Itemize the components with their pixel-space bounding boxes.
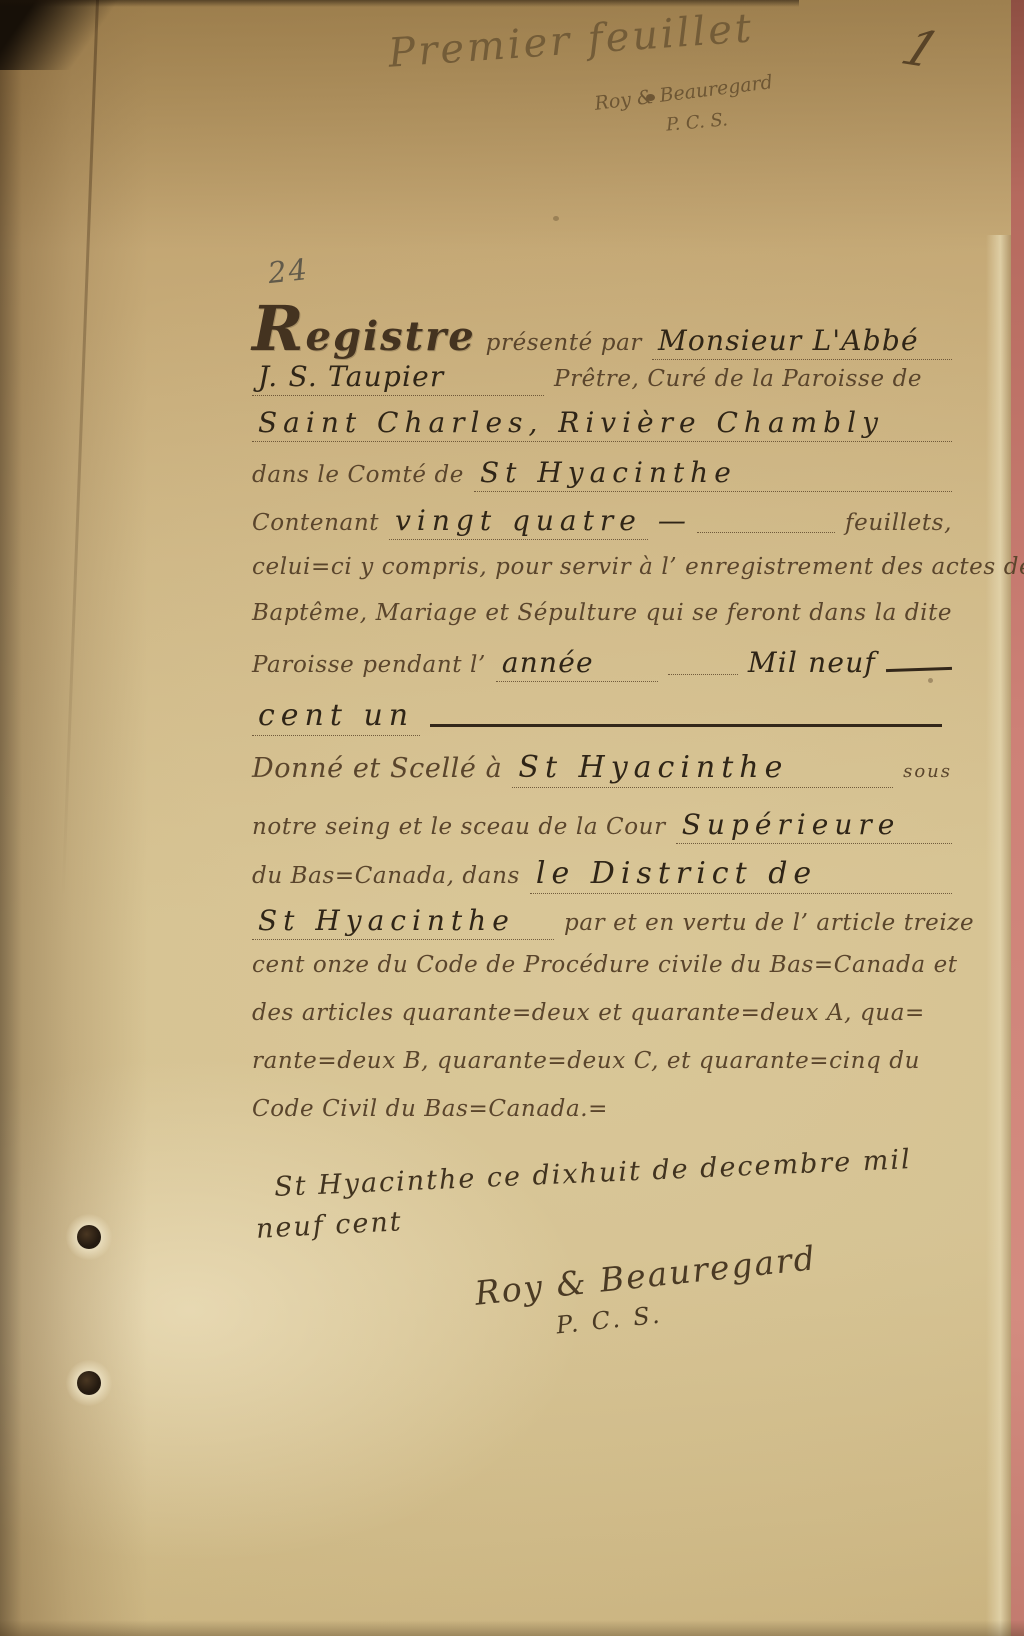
handwritten-entry: année [496,646,658,682]
handwritten-entry: vingt quatre [389,504,648,540]
form-line-printed: rante=deux B, quarante=deux C, et quaran… [252,1048,952,1074]
scanned-register-page: Premier feuillet Roy & Beauregard P. C. … [0,0,1024,1636]
printed-text: du Bas=Canada, dans [252,863,520,889]
form-line-printed: celui=ci y compris, pour servir à l’ enr… [252,554,952,580]
punch-hole [66,1360,112,1406]
printed-text: Paroisse pendant l’ [252,652,486,678]
form-line-cent-un: cent un [252,698,952,736]
printed-text: Donné et Scellé à [252,753,502,784]
form-line-printed: cent onze du Code de Procédure civile du… [252,952,952,978]
handwritten-entry: Mil neuf [748,646,876,679]
pen-flourish-stroke [886,667,952,672]
handwritten-entry: Supérieure [676,808,952,844]
form-line-comte: dans le Comté de St Hyacinthe [252,456,952,492]
handwritten-entry: St Hyacinthe [252,904,554,940]
form-line-vertu: St Hyacinthe par et en vertu de l’ artic… [252,904,952,940]
printed-text: Baptême, Mariage et Sépulture qui se fer… [252,600,952,626]
printed-text: cent onze du Code de Procédure civile du… [252,952,958,978]
handwritten-entry: cent un [252,698,420,736]
right-binding-cloth-edge [1011,0,1024,1636]
handwritten-entry: St Hyacinthe [512,750,893,788]
pencil-annotation: 24 [266,252,310,290]
form-line-annee: Paroisse pendant l’ année Mil neuf [252,646,952,682]
form-line-printed: Code Civil du Bas=Canada.= [252,1096,952,1122]
printed-text: celui=ci y compris, pour servir à l’ enr… [252,554,1024,580]
handwritten-entry: le District de [530,856,952,894]
handwritten-entry: St Hyacinthe [474,456,952,492]
printed-text: rante=deux B, quarante=deux C, et quaran… [252,1048,920,1074]
printed-text: Prêtre, Curé de la Paroisse de [554,366,922,392]
form-line-registre: Registre présenté par Monsieur L'Abbé [252,292,952,365]
ink-speck [553,216,559,221]
handwritten-entry: Monsieur L'Abbé [652,324,952,360]
printed-text: par et en vertu de l’ article treize [564,910,974,936]
printed-text: notre seing et le sceau de la Cour [252,814,666,840]
ornate-word-registre: Registre [252,292,476,365]
form-line-donne: Donné et Scellé à St Hyacinthe sous [252,750,952,788]
handwritten-entry: Saint Charles, Rivière Chambly [252,406,952,442]
punch-hole-center [77,1225,101,1249]
top-left-dark-corner [0,0,150,70]
dotted-rule [697,532,835,533]
printed-text: des articles quarante=deux et quarante=d… [252,1000,925,1026]
form-line-printed: des articles quarante=deux et quarante=d… [252,1000,952,1026]
form-line-feuillets: Contenant vingt quatre — feuillets, [252,504,952,540]
right-page-edge [986,235,1012,1636]
form-line-district: du Bas=Canada, dans le District de [252,856,952,894]
dotted-rule [668,674,738,675]
printed-text: dans le Comté de [252,462,464,488]
printed-text: Code Civil du Bas=Canada.= [252,1096,608,1122]
bottom-shadow-edge [0,1620,1024,1636]
punch-hole [66,1214,112,1260]
printed-text: présenté par [486,330,642,356]
form-line-cure: J. S. Taupier Prêtre, Curé de la Paroiss… [252,360,952,396]
top-dark-edge [0,0,799,7]
printed-text: Contenant [252,510,379,536]
handwritten-dash: — [658,504,687,537]
printed-text: feuillets, [845,510,952,536]
form-line-printed: Baptême, Mariage et Sépulture qui se fer… [252,600,952,626]
printed-text: sous [903,761,952,782]
form-line-paroisse: Saint Charles, Rivière Chambly [252,406,952,442]
punch-hole-center [77,1371,101,1395]
drawn-rule [430,724,942,727]
handwritten-entry: J. S. Taupier [252,360,544,396]
form-line-cour: notre seing et le sceau de la Cour Supér… [252,808,952,844]
